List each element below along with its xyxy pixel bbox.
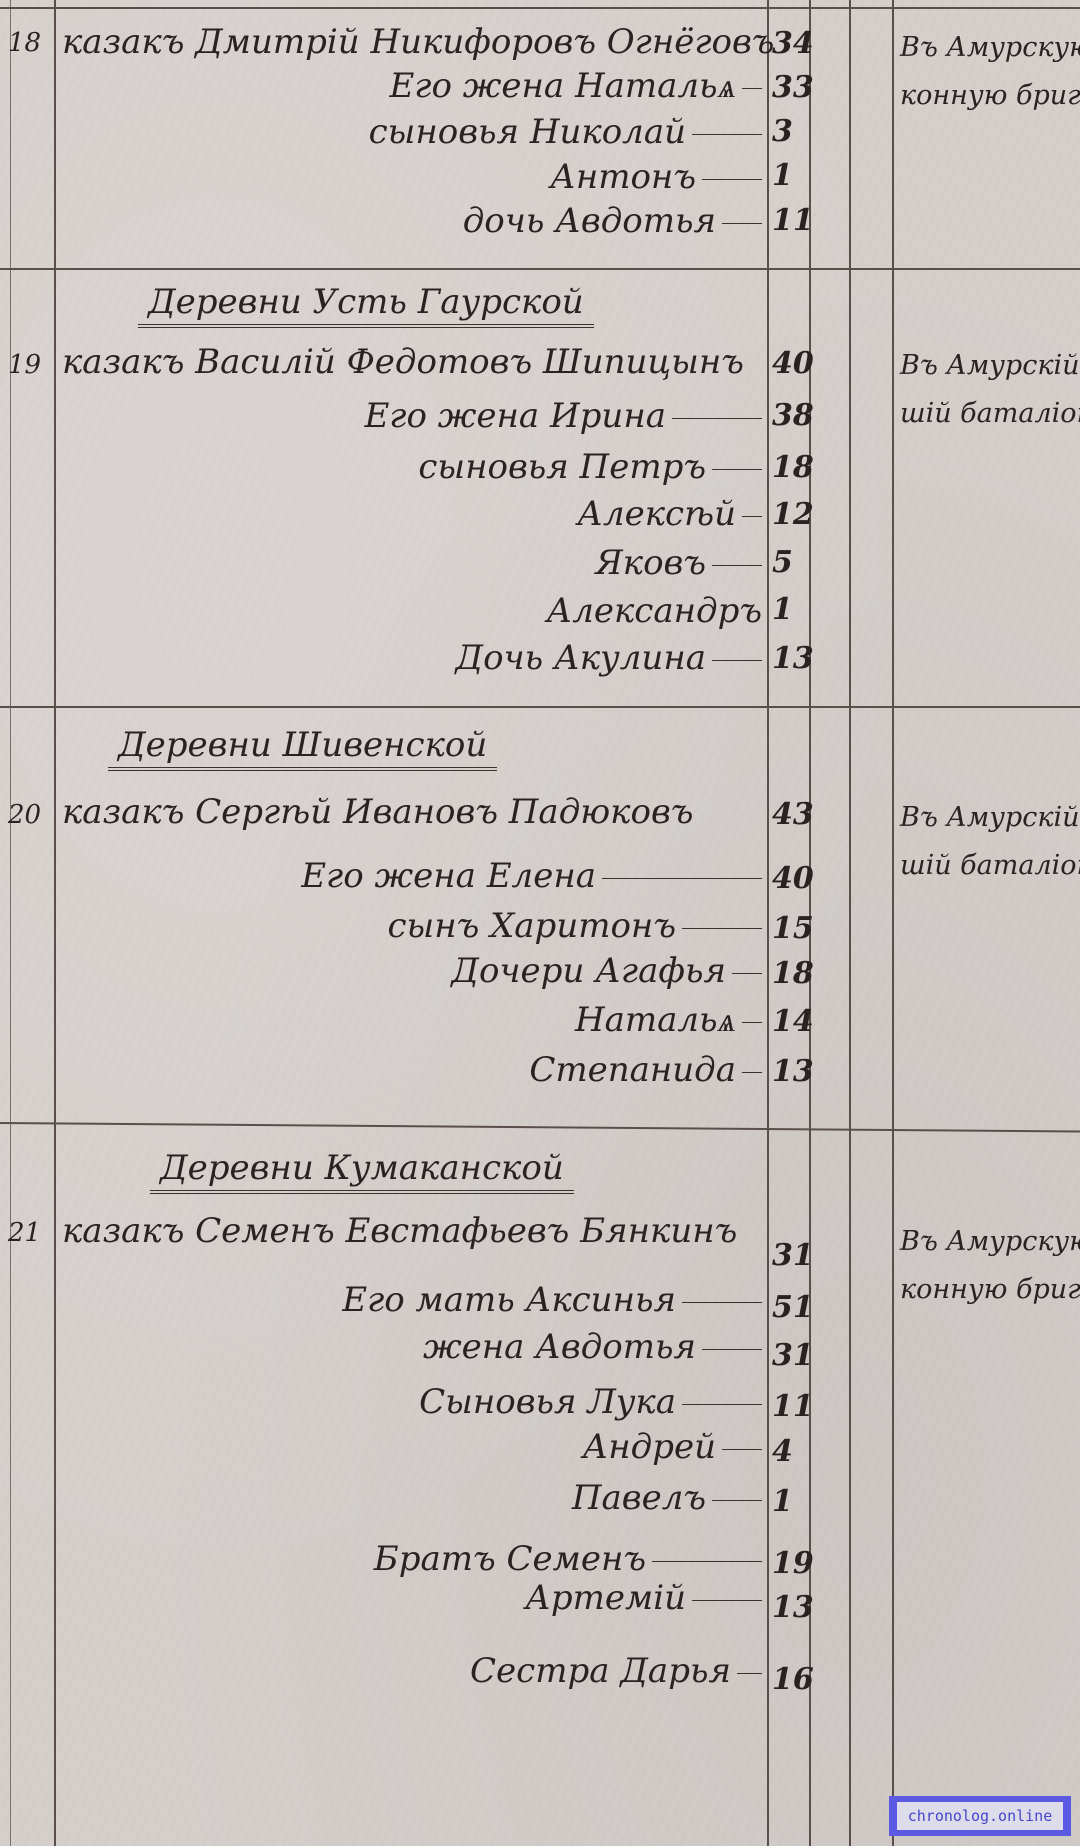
- destination-note: Въ Амурскую конную бригаду: [900, 1218, 1080, 1314]
- watermark-badge[interactable]: chronolog.online: [889, 1796, 1071, 1836]
- age-value: 11: [772, 203, 812, 238]
- age-value: 18: [772, 956, 812, 991]
- row-number: 20: [8, 800, 41, 830]
- entry-family-member: Его жена Ирина: [364, 396, 762, 436]
- age-value: 3: [772, 114, 812, 149]
- entry-family-member: Его жена Елена: [301, 856, 762, 896]
- entry-head-of-household: казакъ Сергѣй Ивановъ Падюковъ: [62, 792, 762, 832]
- age-value: 34: [772, 26, 812, 61]
- entry-family-member: Сестра Дарья: [470, 1651, 762, 1691]
- entry-family-member: Антонъ: [550, 157, 762, 197]
- destination-note: Въ Амурскую конную бригаду: [900, 24, 1080, 120]
- age-value: 13: [772, 1054, 812, 1089]
- entry-family-member: Павелъ: [572, 1478, 762, 1518]
- entry-family-member: сыновья Николай: [369, 112, 762, 152]
- age-value: 19: [772, 1546, 812, 1581]
- section-divider-18-19: [0, 268, 1080, 270]
- row-number: 21: [8, 1218, 41, 1248]
- watermark-text: chronolog.online: [897, 1802, 1063, 1830]
- entry-family-member: Его мать Аксинья: [342, 1280, 762, 1320]
- age-value: 1: [772, 1484, 812, 1519]
- entry-family-member: Алексѣй: [577, 494, 762, 534]
- entry-head-of-household: казакъ Семенъ Евстафьевъ Бянкинъ: [62, 1211, 762, 1251]
- age-value: 18: [772, 450, 812, 485]
- age-value: 40: [772, 861, 812, 896]
- age-value: 1: [772, 592, 812, 627]
- age-value: 12: [772, 497, 812, 532]
- entry-family-member: жена Авдотья: [423, 1327, 762, 1367]
- top-rule: [0, 7, 1080, 9]
- age-value: 31: [772, 1238, 812, 1273]
- entry-family-member: Сыновья Лука: [419, 1382, 762, 1422]
- row-number-column-rule: [54, 0, 56, 1846]
- entry-family-member: Натальѧ: [575, 1000, 762, 1040]
- destination-note: Въ Амурскій пѣ- шій баталіонъ: [900, 794, 1080, 890]
- entry-family-member: Дочь Акулина: [455, 638, 762, 678]
- age-value: 31: [772, 1338, 812, 1373]
- entry-family-member: дочь Авдотья: [463, 201, 762, 241]
- entry-family-member: Степанида: [529, 1050, 762, 1090]
- age-value: 4: [772, 1434, 812, 1469]
- entry-family-member: Андрей: [583, 1427, 762, 1467]
- village-heading: Деревни Шивенской: [108, 725, 497, 771]
- entry-head-of-household: казакъ Дмитрій Никифоровъ Огнёговъ: [62, 22, 762, 62]
- age-value: 33: [772, 70, 812, 105]
- entry-family-member: Его жена Натальѧ: [389, 66, 762, 106]
- age-column-left-rule: [767, 0, 769, 1846]
- notes-column-rule: [892, 0, 894, 1846]
- section-divider-20-21: [0, 1122, 1080, 1132]
- age-value: 14: [772, 1004, 812, 1039]
- age-value: 5: [772, 545, 812, 580]
- village-heading: Деревни Кумаканской: [150, 1148, 574, 1194]
- age-value: 1: [772, 158, 812, 193]
- age-value: 13: [772, 641, 812, 676]
- age-value: 40: [772, 346, 812, 381]
- entry-family-member: Братъ Семенъ: [374, 1539, 762, 1579]
- village-heading: Деревни Усть Гаурской: [138, 282, 594, 328]
- entry-family-member: Артемій: [525, 1578, 762, 1618]
- age-value: 13: [772, 1590, 812, 1625]
- blank-column-rule: [849, 0, 851, 1846]
- section-divider-19-20: [0, 706, 1080, 708]
- destination-note: Въ Амурскій пѣ- шій баталіонъ: [900, 342, 1080, 438]
- entry-family-member: сынъ Харитонъ: [387, 906, 762, 946]
- entry-family-member: Александръ: [546, 591, 762, 631]
- entry-head-of-household: казакъ Василій Федотовъ Шипицынъ: [62, 342, 762, 382]
- age-value: 38: [772, 398, 812, 433]
- row-number: 18: [8, 28, 41, 58]
- entry-family-member: сыновья Петръ: [418, 447, 762, 487]
- age-value: 15: [772, 911, 812, 946]
- age-value: 16: [772, 1662, 812, 1697]
- entry-family-member: Яковъ: [595, 543, 762, 583]
- age-value: 51: [772, 1290, 812, 1325]
- age-value: 11: [772, 1389, 812, 1424]
- age-value: 43: [772, 797, 812, 832]
- row-number: 19: [8, 350, 41, 380]
- left-margin-rule: [10, 0, 11, 1846]
- entry-family-member: Дочери Агафья: [451, 951, 762, 991]
